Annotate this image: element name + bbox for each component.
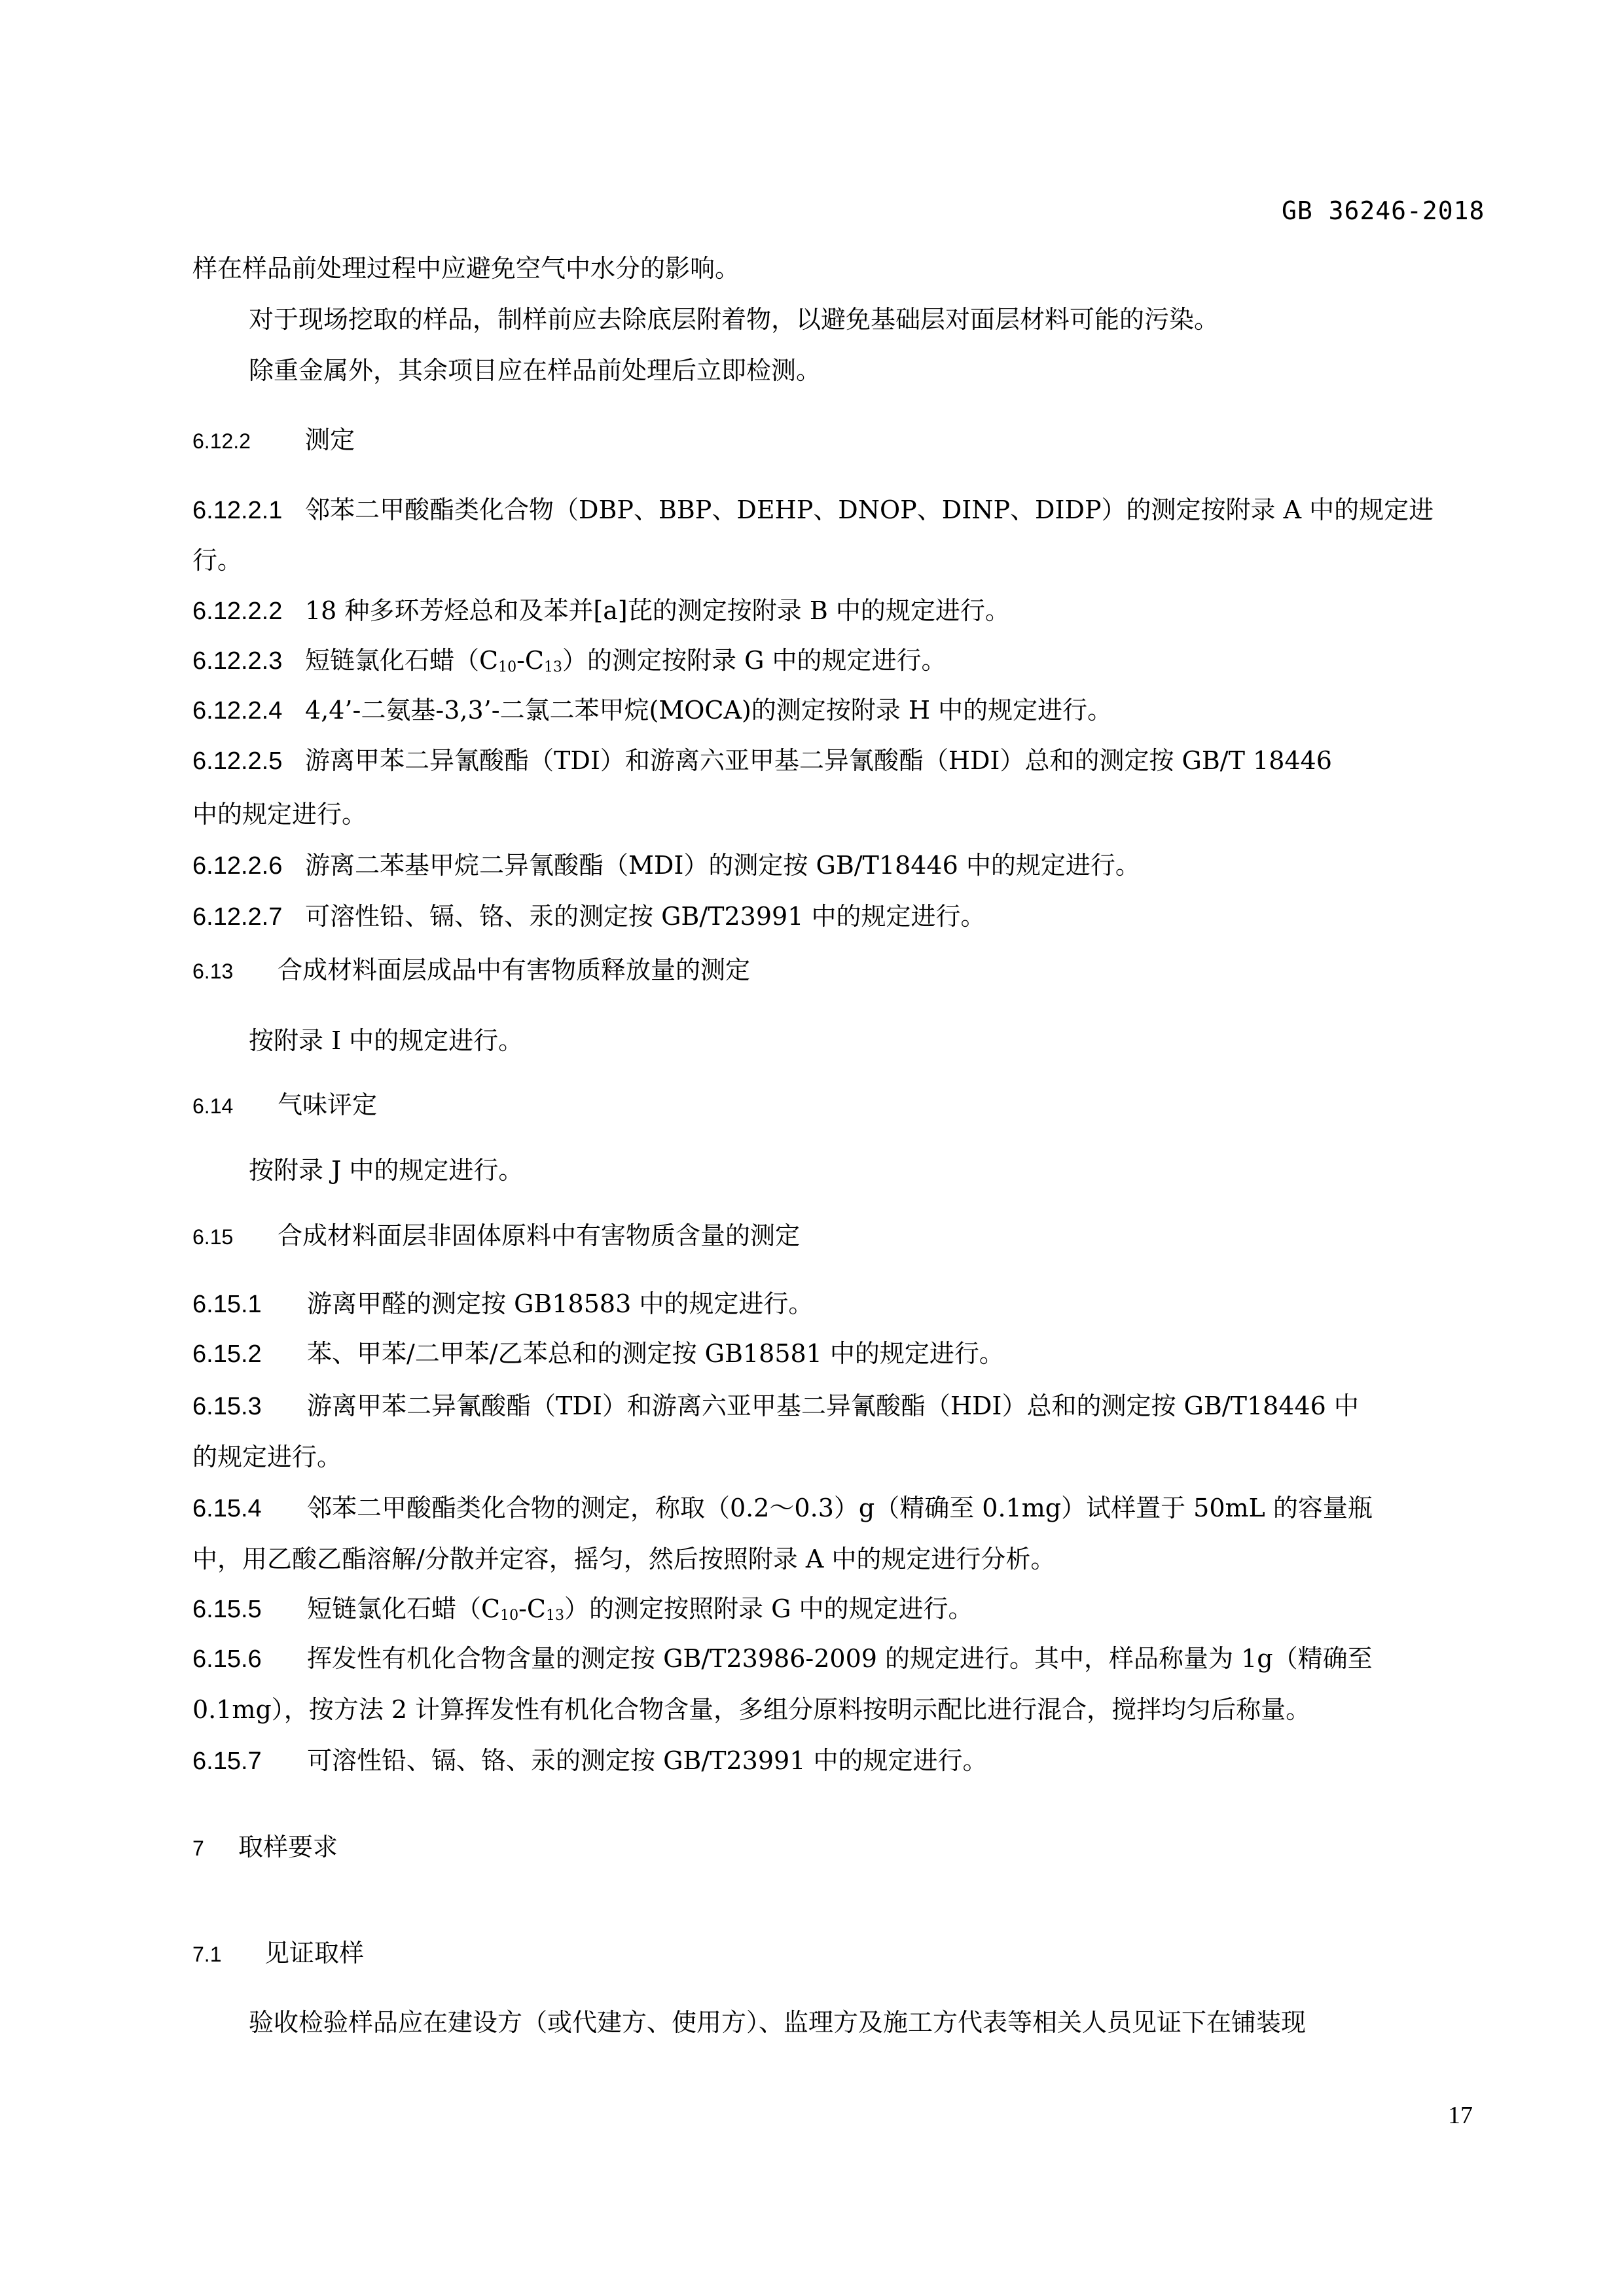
clause-6-15-4: 6.15.4邻苯二甲酸酯类化合物的测定，称取（0.2～0.3）g（精确至 0.1…	[192, 1494, 1373, 1523]
section-heading-6-15: 6.15合成材料面层非固体原料中有害物质含量的测定	[192, 1221, 800, 1251]
clause-number: 6.15.4	[192, 1494, 307, 1523]
paragraph-field-samples: 对于现场挖取的样品，制样前应去除底层附着物，以避免基础层对面层材料可能的污染。	[249, 305, 1219, 334]
clause-text: 苯、甲苯/二甲苯/乙苯总和的测定按 GB18581 中的规定进行。	[307, 1339, 1004, 1368]
section-heading-6-13: 6.13合成材料面层成品中有害物质释放量的测定	[192, 956, 750, 986]
section-title: 气味评定	[278, 1090, 377, 1119]
clause-text: 短链氯化石蜡（C	[307, 1594, 500, 1623]
section-number: 6.14	[192, 1092, 278, 1121]
section-title: 取样要求	[238, 1833, 338, 1861]
clause-number: 6.12.2.4	[192, 696, 305, 725]
clause-6-15-7: 6.15.7可溶性铅、镉、铬、汞的测定按 GB/T23991 中的规定进行。	[192, 1746, 987, 1776]
section-title: 合成材料面层非固体原料中有害物质含量的测定	[278, 1221, 800, 1250]
subscript: 13	[544, 659, 562, 675]
section-title: 见证取样	[264, 1939, 364, 1967]
clause-number: 6.15.3	[192, 1392, 307, 1421]
section-title: 合成材料面层成品中有害物质释放量的测定	[278, 956, 750, 984]
clause-text: 可溶性铅、镉、铬、汞的测定按 GB/T23991 中的规定进行。	[305, 902, 985, 931]
clause-6-15-1: 6.15.1游离甲醛的测定按 GB18583 中的规定进行。	[192, 1289, 813, 1319]
clause-number: 6.15.2	[192, 1340, 307, 1369]
clause-number: 6.15.6	[192, 1645, 307, 1674]
clause-number: 6.12.2.2	[192, 597, 305, 626]
clause-6-12-2-1: 6.12.2.1邻苯二甲酸酯类化合物（DBP、BBP、DEHP、DNOP、DIN…	[192, 495, 1434, 525]
clause-6-12-2-7: 6.12.2.7可溶性铅、镉、铬、汞的测定按 GB/T23991 中的规定进行。	[192, 902, 985, 931]
section-number: 6.15	[192, 1223, 278, 1251]
clause-text: 游离二苯基甲烷二异氰酸酯（MDI）的测定按 GB/T18446 中的规定进行。	[305, 851, 1140, 880]
clause-text: 挥发性有机化合物含量的测定按 GB/T23986-2009 的规定进行。其中，样…	[307, 1644, 1373, 1673]
clause-text: 18 种多环芳烃总和及苯并[a]芘的测定按附录 B 中的规定进行。	[305, 596, 1010, 625]
clause-6-15-6: 6.15.6挥发性有机化合物含量的测定按 GB/T23986-2009 的规定进…	[192, 1644, 1373, 1674]
section-7-1-text: 验收检验样品应在建设方（或代建方、使用方）、监理方及施工方代表等相关人员见证下在…	[249, 2008, 1306, 2037]
section-heading-6-14: 6.14气味评定	[192, 1090, 377, 1121]
clause-text: 邻苯二甲酸酯类化合物（DBP、BBP、DEHP、DNOP、DINP、DIDP）的…	[305, 495, 1434, 524]
clause-text: 短链氯化石蜡（C	[305, 646, 498, 675]
section-number: 6.12.2	[192, 427, 305, 456]
clause-6-12-2-5-cont: 中的规定进行。	[192, 800, 367, 829]
section-number: 7	[192, 1834, 238, 1863]
section-heading-7: 7取样要求	[192, 1833, 338, 1863]
section-heading-6-12-2: 6.12.2测定	[192, 425, 355, 456]
subscript: 10	[498, 659, 516, 675]
clause-number: 6.15.5	[192, 1595, 307, 1624]
paragraph-heavy-metals: 除重金属外，其余项目应在样品前处理后立即检测。	[249, 356, 821, 385]
clause-text: ）的测定按附录 G 中的规定进行。	[562, 646, 947, 675]
clause-number: 6.12.2.6	[192, 852, 305, 880]
clause-number: 6.15.7	[192, 1747, 307, 1776]
clause-number: 6.12.2.3	[192, 647, 305, 675]
clause-number: 6.12.2.5	[192, 747, 305, 776]
clause-text: 4,4’-二氨基-3,3’-二氯二苯甲烷(MOCA)的测定按附录 H 中的规定进…	[305, 696, 1112, 725]
clause-6-12-2-2: 6.12.2.218 种多环芳烃总和及苯并[a]芘的测定按附录 B 中的规定进行…	[192, 596, 1010, 626]
clause-text: 游离甲醛的测定按 GB18583 中的规定进行。	[307, 1289, 813, 1318]
clause-text: -C	[518, 1594, 546, 1623]
section-6-13-text: 按附录 I 中的规定进行。	[249, 1026, 523, 1055]
clause-text: 游离甲苯二异氰酸酯（TDI）和游离六亚甲基二异氰酸酯（HDI）总和的测定按 GB…	[307, 1391, 1359, 1420]
clause-6-12-2-1-cont: 行。	[192, 546, 242, 575]
section-number: 7.1	[192, 1940, 264, 1969]
clause-text: 可溶性铅、镉、铬、汞的测定按 GB/T23991 中的规定进行。	[307, 1746, 987, 1775]
clause-6-15-6-cont: 0.1mg），按方法 2 计算挥发性有机化合物含量，多组分原料按明示配比进行混合…	[192, 1695, 1310, 1724]
clause-6-12-2-3: 6.12.2.3短链氯化石蜡（C10-C13）的测定按附录 G 中的规定进行。	[192, 646, 947, 682]
clause-6-15-4-cont: 中，用乙酸乙酯溶解/分散并定容，摇匀，然后按照附录 A 中的规定进行分析。	[192, 1545, 1055, 1573]
clause-number: 6.15.1	[192, 1290, 307, 1319]
clause-text: 游离甲苯二异氰酸酯（TDI）和游离六亚甲基二异氰酸酯（HDI）总和的测定按 GB…	[305, 746, 1332, 775]
clause-6-15-3-cont: 的规定进行。	[192, 1443, 342, 1471]
clause-number: 6.12.2.1	[192, 496, 305, 525]
clause-text: 邻苯二甲酸酯类化合物的测定，称取（0.2～0.3）g（精确至 0.1mg）试样置…	[307, 1494, 1373, 1522]
section-title: 测定	[305, 425, 355, 454]
section-6-14-text: 按附录 J 中的规定进行。	[249, 1156, 523, 1185]
clause-6-15-2: 6.15.2苯、甲苯/二甲苯/乙苯总和的测定按 GB18581 中的规定进行。	[192, 1339, 1004, 1369]
clause-text: ）的测定按照附录 G 中的规定进行。	[564, 1594, 973, 1623]
page-number: 17	[1448, 2101, 1473, 2130]
clause-6-12-2-6: 6.12.2.6游离二苯基甲烷二异氰酸酯（MDI）的测定按 GB/T18446 …	[192, 851, 1140, 880]
paragraph-continuation: 样在样品前处理过程中应避免空气中水分的影响。	[192, 254, 740, 283]
clause-6-12-2-4: 6.12.2.44,4’-二氨基-3,3’-二氯二苯甲烷(MOCA)的测定按附录…	[192, 696, 1112, 725]
section-number: 6.13	[192, 957, 278, 986]
clause-6-12-2-5: 6.12.2.5游离甲苯二异氰酸酯（TDI）和游离六亚甲基二异氰酸酯（HDI）总…	[192, 746, 1332, 776]
subscript: 10	[500, 1607, 518, 1624]
section-heading-7-1: 7.1见证取样	[192, 1939, 364, 1969]
clause-number: 6.12.2.7	[192, 903, 305, 931]
standard-code-header: GB 36246-2018	[1282, 196, 1485, 225]
clause-6-15-5: 6.15.5短链氯化石蜡（C10-C13）的测定按照附录 G 中的规定进行。	[192, 1594, 973, 1630]
subscript: 13	[546, 1607, 564, 1624]
clause-6-15-3: 6.15.3游离甲苯二异氰酸酯（TDI）和游离六亚甲基二异氰酸酯（HDI）总和的…	[192, 1391, 1359, 1421]
clause-text: -C	[516, 646, 544, 675]
